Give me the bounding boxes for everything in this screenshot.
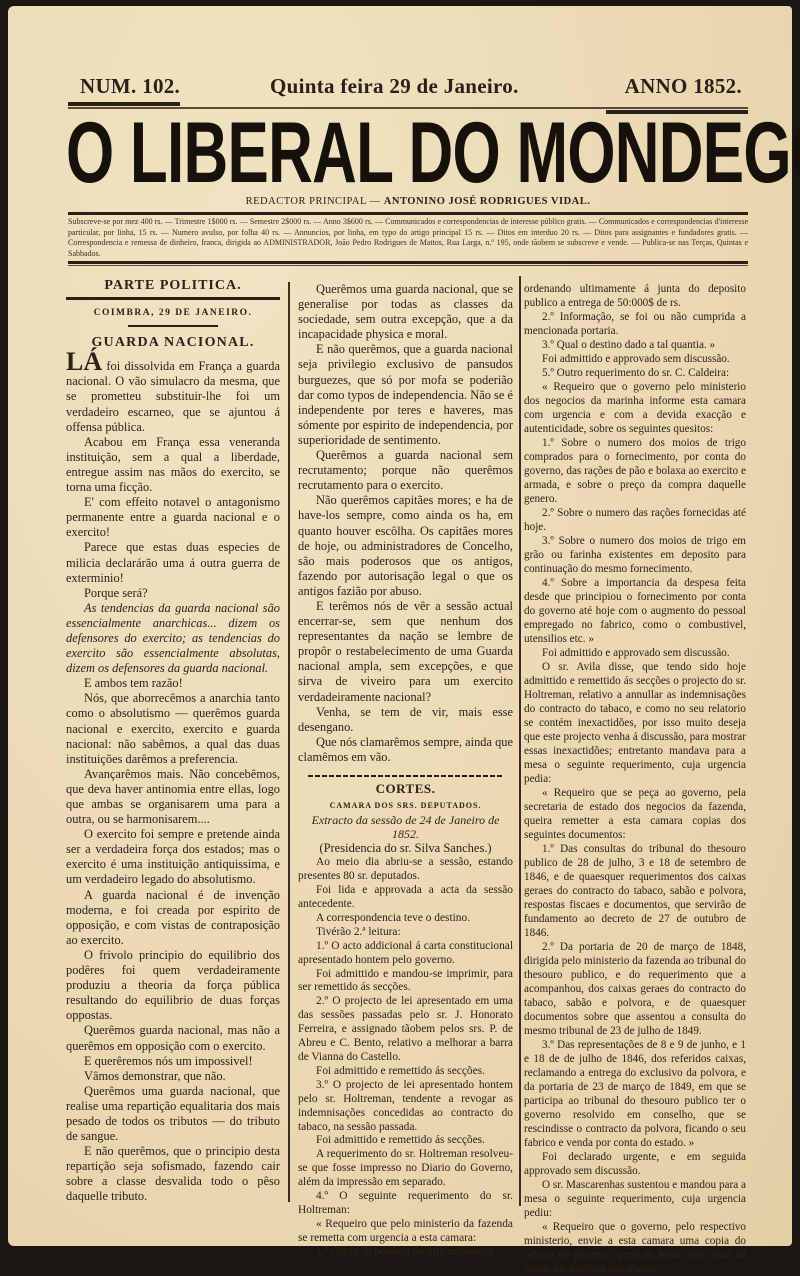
paragraph: Tivérão 2.ª leitura: xyxy=(298,926,513,940)
paragraph: Nós, que aborrecêmos a anarchia tanto co… xyxy=(66,691,280,766)
editor-line: REDACTOR PRINCIPAL — ANTONINO JOSÉ RODRI… xyxy=(8,196,800,207)
paragraph: Foi admittido e remettido ás secções. xyxy=(298,1065,513,1079)
paragraph: « Requeiro que pelo ministerio da fazend… xyxy=(298,1218,513,1246)
paragraph: 2.º Informação, se foi ou não cumprida a… xyxy=(524,310,746,338)
paragraph: 3.º Qual o destino dado a tal quantia. » xyxy=(524,338,746,352)
paragraph: Querêmos a guarda nacional sem recrutame… xyxy=(298,448,513,493)
paragraph: A correspondencia teve o destino. xyxy=(298,912,513,926)
divider xyxy=(68,212,748,215)
subscription-terms: Subscreve-se por mez 400 rs. — Trimestre… xyxy=(68,217,748,261)
paragraph: Acabou em França essa veneranda institui… xyxy=(66,435,280,495)
column-divider xyxy=(519,276,521,1206)
editor-name: ANTONINO JOSÉ RODRIGUES VIDAL. xyxy=(384,196,591,207)
ornamental-divider xyxy=(308,775,503,777)
paragraph: 1.º O acto addicional á carta constituci… xyxy=(298,940,513,968)
paragraph: LÁ foi dissolvida em França a guarda nac… xyxy=(66,354,280,434)
paragraph: O exercito foi sempre e pretende ainda s… xyxy=(66,827,280,887)
divider xyxy=(68,265,748,266)
issue-date: Quinta feira 29 de Janeiro. xyxy=(270,74,519,99)
paragraph: ordenando ultimamente á junta do deposit… xyxy=(524,282,746,310)
editor-label: REDACTOR PRINCIPAL — xyxy=(246,196,381,207)
paragraph: Foi admittido e remettido ás secções. xyxy=(298,1134,513,1148)
paragraph: Foi admittido e approvado sem discussão. xyxy=(524,352,746,366)
paragraph: 3.º Sobre o numero dos moios de trigo em… xyxy=(524,534,746,576)
paragraph: O sr. Mascarenhas sustentou e mandou par… xyxy=(524,1178,746,1220)
paragraph: « Requeiro que o governo, pelo respectiv… xyxy=(524,1220,746,1252)
paragraph: Querêmos guarda nacional, mas não a quer… xyxy=(66,1023,280,1053)
paragraph: Ao meio dia abriu-se a sessão, estando p… xyxy=(298,856,513,884)
divider xyxy=(66,297,280,300)
right-column: ordenando ultimamente á junta do deposit… xyxy=(524,282,746,1252)
section-heading: CORTES. xyxy=(298,781,513,796)
column-divider xyxy=(288,282,290,1202)
paragraph: Foi lida e approvada a acta da sessão an… xyxy=(298,884,513,912)
paragraph: 2.º Sobre o numero das rações fornecidas… xyxy=(524,506,746,534)
paragraph: Não querêmos capitães mores; e ha de hav… xyxy=(298,493,513,599)
paragraph: Venha, se tem de vir, mais esse desengan… xyxy=(298,705,513,735)
paragraph: O frivolo principio do equilibrio dos po… xyxy=(66,948,280,1023)
newspaper-title: O LIBERAL DO MONDEGO. xyxy=(66,108,563,198)
paragraph: E ambos tem razão! xyxy=(66,676,280,691)
paragraph: 4.º O seguinte requerimento do sr. Holtr… xyxy=(298,1190,513,1218)
paragraph: 1.º Copia da portaria do dito ministerio xyxy=(298,1246,513,1252)
presidency-note: (Presidencia do sr. Silva Sanches.) xyxy=(298,841,513,856)
paragraph: Foi admittido e mandou-se imprimir, para… xyxy=(298,968,513,996)
paragraph: A requerimento do sr. Holtreman resolveu… xyxy=(298,1148,513,1190)
dateline: COIMBRA, 29 DE JANEIRO. xyxy=(66,306,280,321)
drop-cap: LÁ xyxy=(66,347,102,376)
paragraph: Porque será? xyxy=(66,586,280,601)
paragraph: 1.º Das consultas do tribunal do thesour… xyxy=(524,842,746,940)
paragraph: E não querêmos, que o principio desta re… xyxy=(66,1144,280,1204)
paragraph: 3.º O projecto de lei apresentado hontem… xyxy=(298,1079,513,1135)
paragraph: 2.º O projecto de lei apresentado em uma… xyxy=(298,995,513,1065)
paragraph: Que nós clamarêmos sempre, ainda que cla… xyxy=(298,735,513,765)
issue-year: ANNO 1852. xyxy=(625,74,742,99)
left-column: PARTE POLITICA. COIMBRA, 29 DE JANEIRO. … xyxy=(66,278,280,1205)
paragraph: Vâmos demonstrar, que não. xyxy=(66,1069,280,1084)
paragraph: Avançarêmos mais. Não concebêmos, que de… xyxy=(66,767,280,827)
paragraph: E não querêmos, que a guarda nacional se… xyxy=(298,342,513,448)
divider xyxy=(68,261,748,264)
paragraph: Foi admittido e approvado sem discussão. xyxy=(524,646,746,660)
paragraph: Foi declarado urgente, e em seguida appr… xyxy=(524,1150,746,1178)
chamber-heading: CAMARA DOS SRS. DEPUTADOS. xyxy=(298,798,513,813)
paragraph: Querêmos uma guarda nacional, que realis… xyxy=(66,1084,280,1144)
paragraph: « Requeiro que o governo pelo ministerio… xyxy=(524,380,746,436)
paragraph: E terêmos nós de vêr a sessão actual enc… xyxy=(298,599,513,705)
paragraph: As tendencias da guarda nacional são ess… xyxy=(66,601,280,676)
paragraph: « Requeiro que se peça ao governo, pela … xyxy=(524,786,746,842)
issue-number: NUM. 102. xyxy=(80,74,180,99)
paragraph: 1.º Sobre o numero dos moios de trigo co… xyxy=(524,436,746,506)
masthead-info-bar: NUM. 102. Quinta feira 29 de Janeiro. AN… xyxy=(70,74,750,104)
middle-column: Querêmos uma guarda nacional, que se gen… xyxy=(298,282,513,1252)
section-heading: PARTE POLITICA. xyxy=(66,278,280,293)
paragraph: 4.º Sobre a importancia da despesa feita… xyxy=(524,576,746,646)
paragraph: 3.º Das representações de 8 e 9 de junho… xyxy=(524,1038,746,1150)
paragraph: E querêremos nós um impossivel! xyxy=(66,1054,280,1069)
paragraph: E' com effeito notavel o antagonismo per… xyxy=(66,495,280,540)
paragraph: Parece que estas duas especies de milici… xyxy=(66,540,280,585)
paragraph: 5.º Outro requerimento do sr. C. Caldeir… xyxy=(524,366,746,380)
divider xyxy=(128,325,218,327)
paragraph: Querêmos uma guarda nacional, que se gen… xyxy=(298,282,513,342)
newspaper-page: NUM. 102. Quinta feira 29 de Janeiro. AN… xyxy=(8,6,792,1246)
paragraph: A guarda nacional é de invenção moderna,… xyxy=(66,888,280,948)
paragraph: 2.º Da portaria de 20 de março de 1848, … xyxy=(524,940,746,1038)
session-extract-title: Extracto da sessão de 24 de Janeiro de 1… xyxy=(298,813,513,841)
paragraph: O sr. Avila disse, que tendo sido hoje a… xyxy=(524,660,746,786)
